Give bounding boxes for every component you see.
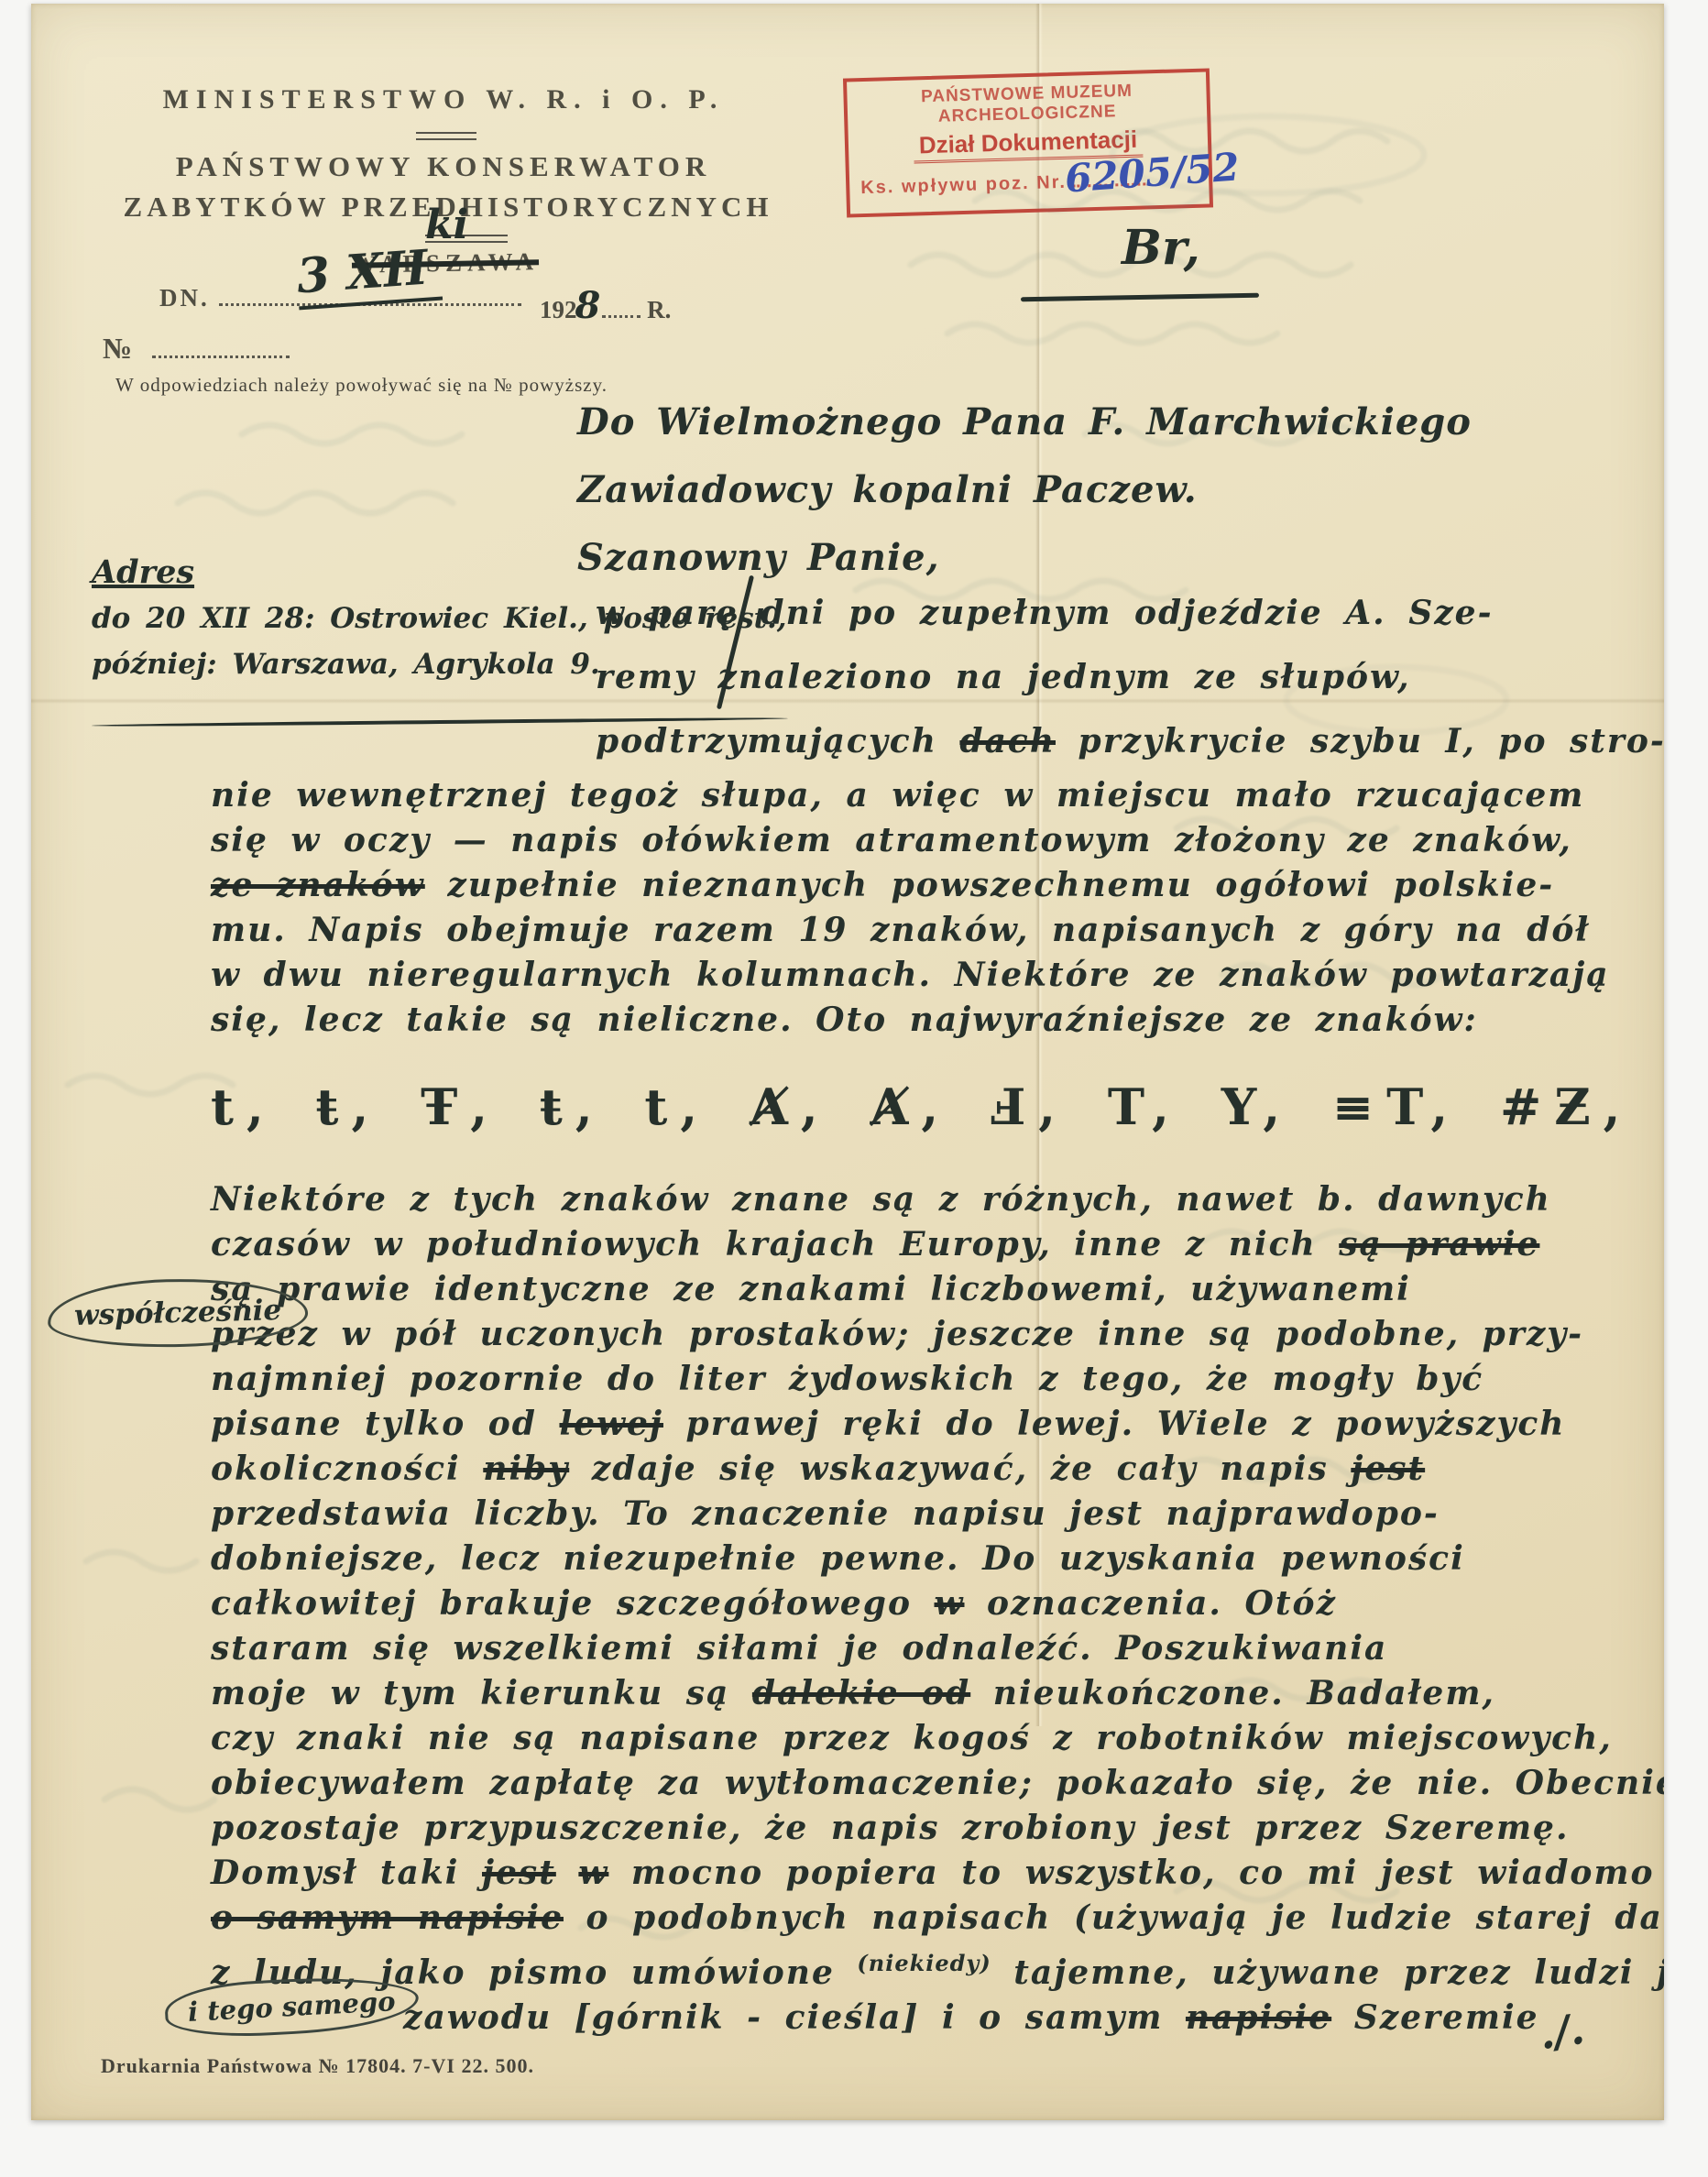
letter-line: najmniej pozornie do liter żydowskich z … xyxy=(211,1357,1649,1402)
letter-line: się, lecz takie są nieliczne. Oto najwyr… xyxy=(211,998,1649,1043)
letter-line: w parę dni po zupełnym odjeździe A. Sze- xyxy=(596,581,1649,645)
letter-line: przedstawia liczby. To znaczenie napisu … xyxy=(211,1492,1649,1537)
letter-line: się w oczy — napis ołówkiem atramentowym… xyxy=(211,818,1649,863)
letter-line: Niektóre z tych znaków znane są z różnyc… xyxy=(211,1177,1649,1222)
letter-line: z ludu, jako pismo umówione (niekiedy) t… xyxy=(211,1941,1649,1996)
letter-line: w dwu nieregularnych kolumnach. Niektóre… xyxy=(211,953,1649,998)
letter-line: zawodu [górnik - cieśla] i o samym napis… xyxy=(403,1996,1649,2040)
letter-body: w parę dni po zupełnym odjeździe A. Sze-… xyxy=(211,581,1649,2040)
letter-line: czasów w południowych krajach Europy, in… xyxy=(211,1222,1649,1267)
letter-line: okoliczności niby zdaje się wskazywać, ż… xyxy=(211,1447,1649,1492)
recipient-line: Zawiadowcy kopalni Paczew. xyxy=(577,456,1472,524)
handwritten-initials: Br, xyxy=(1122,220,1200,276)
letter-line: obiecywałem zapłatę za wytłomaczenie; po… xyxy=(211,1761,1649,1806)
letter-line: staram się wszelkiemi siłami je odnaleźć… xyxy=(211,1626,1649,1671)
sign-off-mark: ./. xyxy=(1536,2004,1587,2059)
letter-line: są prawie identyczne ze znakami liczbowe… xyxy=(211,1267,1649,1312)
letter-line: o samym napisie o podobnych napisach (uż… xyxy=(211,1896,1649,1941)
letter-line: dobniejsze, lecz niezupełnie pewne. Do u… xyxy=(211,1537,1649,1581)
letter-line: całkowitej brakuje szczegółowego w oznac… xyxy=(211,1581,1649,1626)
letter-line: t, ŧ, Ŧ, ŧ, t, Ⱥ, Ⱥ, Ⅎ, T, Y, ≡T, #Ƶ, Ƥ … xyxy=(211,1043,1649,1177)
letter-line: podtrzymujących dach przykrycie szybu I,… xyxy=(596,709,1649,773)
handwritten-date: 3 XII xyxy=(295,239,443,311)
letter-line: mu. Napis obejmuje razem 19 znaków, napi… xyxy=(211,908,1649,953)
letter-line: czy znaki nie są napisane przez kogoś z … xyxy=(211,1716,1649,1761)
printer-imprint: Drukarnia Państwowa № 17804. 7-VI 22. 50… xyxy=(101,2054,534,2078)
letter-line: Domysł taki jest w mocno popiera to wszy… xyxy=(211,1851,1649,1896)
letter-paper: MINISTERSTWO W. R. i O. P. PAŃSTWOWY KON… xyxy=(31,4,1664,2120)
letter-line: nie wewnętrznej tegoż słupa, a więc w mi… xyxy=(211,773,1649,818)
letter-line: remy znaleziono na jednym ze słupów, xyxy=(596,645,1649,709)
recipient-line: Do Wielmożnego Pana F. Marchwickiego xyxy=(577,388,1472,456)
letter-line: moje w tym kierunku są dalekie od nieuko… xyxy=(211,1671,1649,1716)
letter-line: pisane tylko od lewej prawej ręki do lew… xyxy=(211,1402,1649,1447)
scanned-letter: MINISTERSTWO W. R. i O. P. PAŃSTWOWY KON… xyxy=(0,0,1708,2177)
letter-line: ze znaków zupełnie nieznanych powszechne… xyxy=(211,863,1649,908)
letter-line: przez w pół uczonych prostaków; jeszcze … xyxy=(211,1312,1649,1357)
letter-line: pozostaje przypuszczenie, że napis zrobi… xyxy=(211,1806,1649,1851)
